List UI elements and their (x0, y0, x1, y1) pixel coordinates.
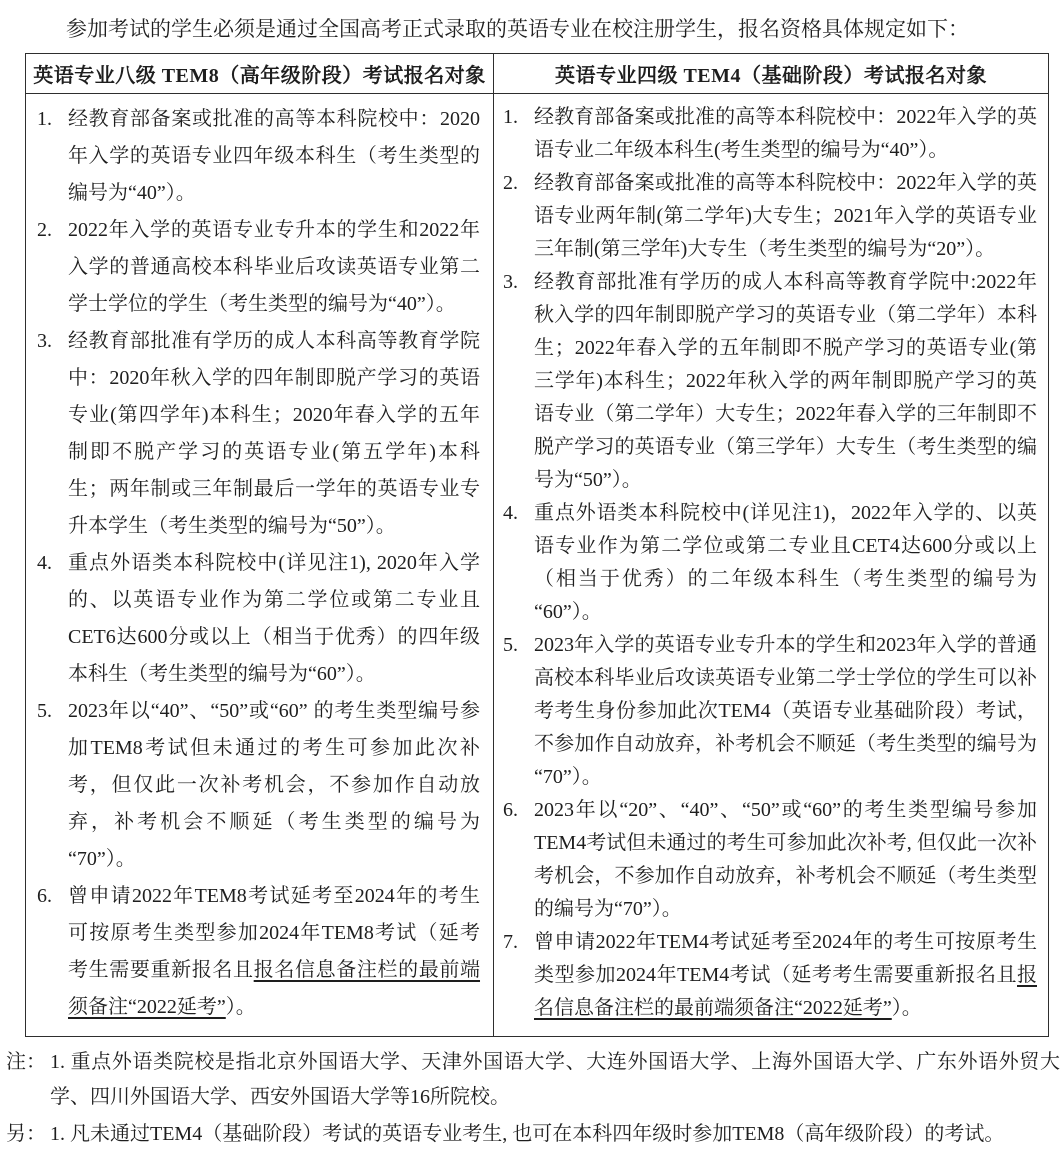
item-text: 经教育部批准有学历的成人本科高等教育学院中:2022年秋入学的四年制即脱产学习的… (534, 266, 1037, 497)
item-text-pre: 2023年以“20”、“40”、“50”或“60”的考生类型编号参加TEM4考试… (534, 799, 1037, 920)
item-text: 曾申请2022年TEM4考试延考至2024年的考生可按原考生类型参加2024年T… (534, 926, 1037, 1025)
item-number: 2. (503, 167, 534, 266)
tem4-header-cell: 英语专业四级 TEM4（基础阶段）考试报名对象 (494, 54, 1049, 94)
item-text-pre: 经教育部备案或批准的高等本科院校中：2020年入学的英语专业四年级本科生（考生类… (68, 108, 480, 204)
item-number: 3. (37, 323, 68, 545)
tem8-item: 6. 曾申请2022年TEM8考试延考至2024年的考生可按原考生类型参加202… (37, 878, 480, 1026)
footnotes: 注： 1. 重点外语类院校是指北京外国语大学、天津外国语大学、大连外国语大学、上… (4, 1045, 1060, 1152)
item-text: 2023年以“40”、“50”或“60” 的考生类型编号参加TEM8考试但未通过… (68, 693, 480, 878)
tem8-item: 3. 经教育部批准有学历的成人本科高等教育学院中：2020年秋入学的四年制即脱产… (37, 323, 480, 545)
item-text-pre: 经教育部备案或批准的高等本科院校中：2022年入学的英语专业两年制(第二学年)大… (534, 172, 1037, 260)
item-text: 2023年入学的英语专业专升本的学生和2023年入学的普通高校本科毕业后攻读英语… (534, 629, 1037, 794)
tem8-item: 5. 2023年以“40”、“50”或“60” 的考生类型编号参加TEM8考试但… (37, 693, 480, 878)
item-number: 4. (503, 497, 534, 629)
tem4-item: 2. 经教育部备案或批准的高等本科院校中：2022年入学的英语专业两年制(第二学… (503, 167, 1037, 266)
item-number: 1. (37, 101, 68, 212)
item-text-post: ）。 (226, 996, 256, 1018)
item-text-pre: 曾申请2022年TEM4考试延考至2024年的考生可按原考生类型参加2024年T… (534, 931, 1037, 986)
tem8-item: 4. 重点外语类本科院校中(详见注1), 2020年入学的、以英语专业作为第二学… (37, 545, 480, 693)
item-text-pre: 经教育部备案或批准的高等本科院校中：2022年入学的英语专业二年级本科生(考生类… (534, 106, 1037, 161)
registration-table: 英语专业八级 TEM8（高年级阶段）考试报名对象 英语专业四级 TEM4（基础阶… (25, 53, 1049, 1037)
tem4-item: 1. 经教育部备案或批准的高等本科院校中：2022年入学的英语专业二年级本科生(… (503, 101, 1037, 167)
item-text-pre: 经教育部批准有学历的成人本科高等教育学院中：2020年秋入学的四年制即脱产学习的… (68, 330, 480, 537)
note-row: 注： 1. 重点外语类院校是指北京外国语大学、天津外国语大学、大连外国语大学、上… (4, 1045, 1060, 1115)
item-text: 2022年入学的英语专业专升本的学生和2022年入学的普通高校本科毕业后攻读英语… (68, 212, 480, 323)
item-text-pre: 重点外语类本科院校中(详见注1)，2022年入学的、以英语专业作为第二学位或第二… (534, 502, 1037, 623)
item-number: 3. (503, 266, 534, 497)
item-number: 6. (503, 794, 534, 926)
item-number: 1. (503, 101, 534, 167)
item-number: 5. (503, 629, 534, 794)
tem8-header-cell: 英语专业八级 TEM8（高年级阶段）考试报名对象 (26, 54, 494, 94)
note-text: 1. 重点外语类院校是指北京外国语大学、天津外国语大学、大连外国语大学、上海外国… (50, 1051, 1060, 1108)
item-text: 重点外语类本科院校中(详见注1)，2022年入学的、以英语专业作为第二学位或第二… (534, 497, 1037, 629)
item-text: 2023年以“20”、“40”、“50”或“60”的考生类型编号参加TEM4考试… (534, 794, 1037, 926)
tem4-item: 6. 2023年以“20”、“40”、“50”或“60”的考生类型编号参加TEM… (503, 794, 1037, 926)
item-number: 2. (37, 212, 68, 323)
item-text: 经教育部备案或批准的高等本科院校中：2022年入学的英语专业二年级本科生(考生类… (534, 101, 1037, 167)
note-label: 注： (6, 1045, 46, 1080)
item-text-pre: 经教育部批准有学历的成人本科高等教育学院中:2022年秋入学的四年制即脱产学习的… (534, 271, 1037, 491)
tem4-item: 7. 曾申请2022年TEM4考试延考至2024年的考生可按原考生类型参加202… (503, 926, 1037, 1025)
item-text-pre: 2023年入学的英语专业专升本的学生和2023年入学的普通高校本科毕业后攻读英语… (534, 634, 1037, 788)
tem8-item: 2. 2022年入学的英语专业专升本的学生和2022年入学的普通高校本科毕业后攻… (37, 212, 480, 323)
item-text-pre: 2022年入学的英语专业专升本的学生和2022年入学的普通高校本科毕业后攻读英语… (68, 219, 480, 315)
item-text: 经教育部备案或批准的高等本科院校中：2020年入学的英语专业四年级本科生（考生类… (68, 101, 480, 212)
item-number: 6. (37, 878, 68, 1026)
tem4-item: 3. 经教育部批准有学历的成人本科高等教育学院中:2022年秋入学的四年制即脱产… (503, 266, 1037, 497)
item-text: 重点外语类本科院校中(详见注1), 2020年入学的、以英语专业作为第二学位或第… (68, 545, 480, 693)
item-text-pre: 重点外语类本科院校中(详见注1), 2020年入学的、以英语专业作为第二学位或第… (68, 552, 480, 685)
item-text: 经教育部批准有学历的成人本科高等教育学院中：2020年秋入学的四年制即脱产学习的… (68, 323, 480, 545)
item-text: 曾申请2022年TEM8考试延考至2024年的考生可按原考生类型参加2024年T… (68, 878, 480, 1026)
tem8-item: 1. 经教育部备案或批准的高等本科院校中：2020年入学的英语专业四年级本科生（… (37, 101, 480, 212)
intro-paragraph: 参加考试的学生必须是通过全国高考正式录取的英语专业在校注册学生，报名资格具体规定… (24, 14, 1040, 44)
tem8-cell: 1. 经教育部备案或批准的高等本科院校中：2020年入学的英语专业四年级本科生（… (26, 94, 494, 1037)
item-text-post: ）。 (892, 997, 922, 1019)
item-number: 4. (37, 545, 68, 693)
note-row: 另： 1. 凡未通过TEM4（基础阶段）考试的英语专业考生, 也可在本科四年级时… (4, 1117, 1060, 1152)
tem4-item: 5. 2023年入学的英语专业专升本的学生和2023年入学的普通高校本科毕业后攻… (503, 629, 1037, 794)
table-body-row: 1. 经教育部备案或批准的高等本科院校中：2020年入学的英语专业四年级本科生（… (26, 94, 1049, 1037)
table-header-row: 英语专业八级 TEM8（高年级阶段）考试报名对象 英语专业四级 TEM4（基础阶… (26, 54, 1049, 94)
item-number: 5. (37, 693, 68, 878)
note-text: 1. 凡未通过TEM4（基础阶段）考试的英语专业考生, 也可在本科四年级时参加T… (50, 1123, 1004, 1145)
tem4-cell: 1. 经教育部备案或批准的高等本科院校中：2022年入学的英语专业二年级本科生(… (494, 94, 1049, 1037)
item-number: 7. (503, 926, 534, 1025)
item-text-pre: 2023年以“40”、“50”或“60” 的考生类型编号参加TEM8考试但未通过… (68, 700, 480, 870)
note-label: 另： (6, 1117, 46, 1152)
document-page: 参加考试的学生必须是通过全国高考正式录取的英语专业在校注册学生，报名资格具体规定… (0, 0, 1064, 1158)
item-text: 经教育部备案或批准的高等本科院校中：2022年入学的英语专业两年制(第二学年)大… (534, 167, 1037, 266)
tem4-item: 4. 重点外语类本科院校中(详见注1)，2022年入学的、以英语专业作为第二学位… (503, 497, 1037, 629)
